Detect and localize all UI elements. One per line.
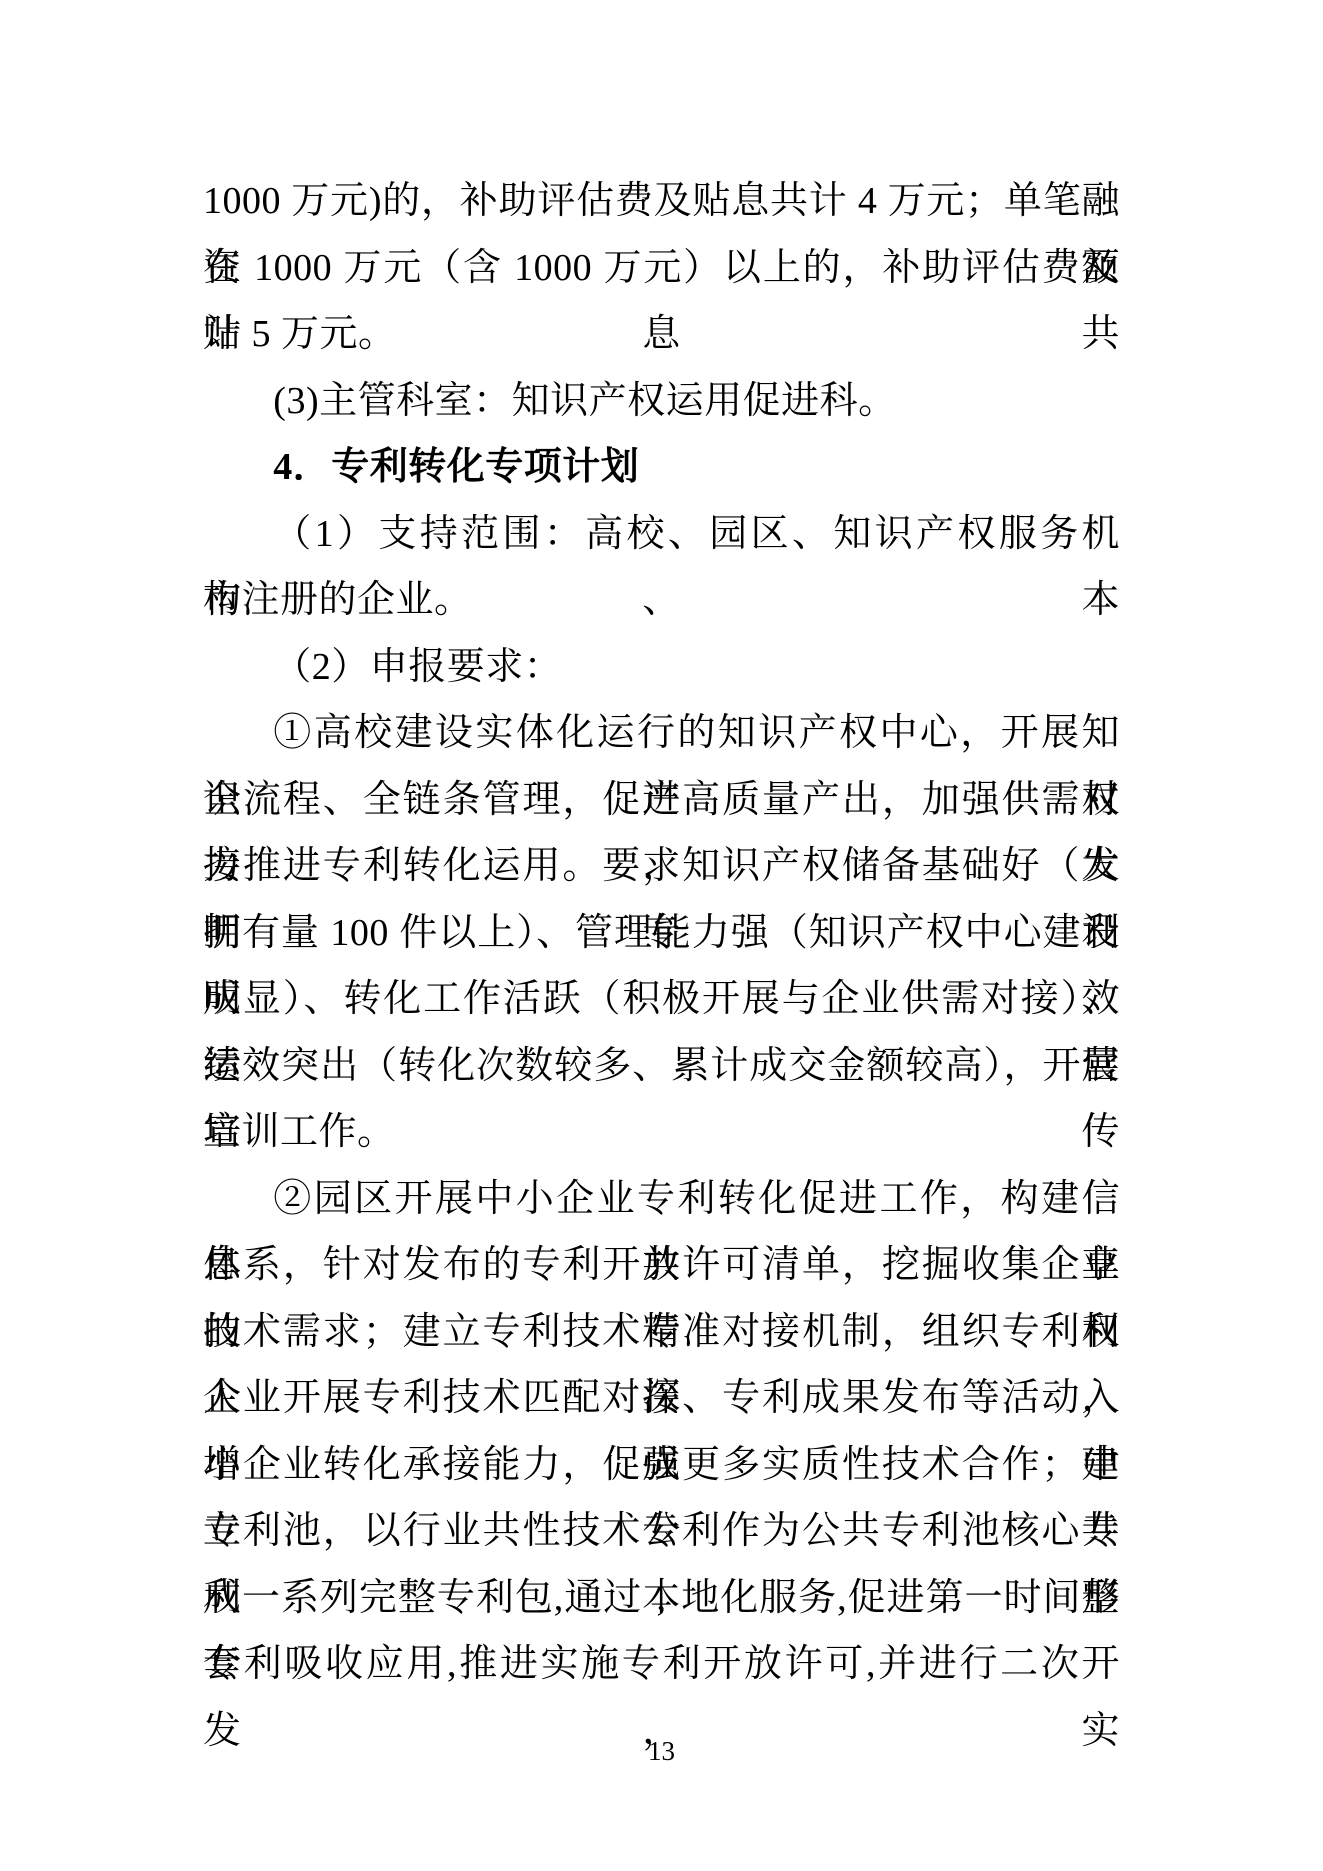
document-body: 1000 万元)的，补助评估费及贴息共计 4 万元；单笔融资额 在 1000 万…: [203, 168, 1120, 1698]
text-line: 体系，针对发布的专利开放许可清单，挖掘收集企业的专利: [203, 1232, 1120, 1299]
text-line: 在 1000 万元（含 1000 万元）以上的，补助评估费及贴息共: [203, 235, 1120, 302]
text-line: 成一系列完整专利包,通过本地化服务,促进第一时间整套: [203, 1565, 1120, 1632]
section-heading: 4．专利转化专项计划: [203, 434, 1120, 501]
text-line: 1000 万元)的，补助评估费及贴息共计 4 万元；单笔融资额: [203, 168, 1120, 235]
text-line: 力推进专利转化运用。要求知识产权储备基础好（发明专利: [203, 833, 1120, 900]
text-line: 技术需求；建立专利技术精准对接机制，组织专利权人深入: [203, 1299, 1120, 1366]
text-line: （2）申报要求：: [203, 634, 1120, 701]
text-line: 全流程、全链条管理，促进高质量产出，加强供需对接，大: [203, 767, 1120, 834]
text-line: 专利池，以行业共性技术专利作为公共专利池核心专利,形: [203, 1498, 1120, 1565]
text-line: （1）支持范围：高校、园区、知识产权服务机构、本: [203, 501, 1120, 568]
document-page: 1000 万元)的，补助评估费及贴息共计 4 万元；单笔融资额 在 1000 万…: [0, 0, 1323, 1871]
text-line: 明显）、转化工作活跃（积极开展与企业供需对接）、运营: [203, 966, 1120, 1033]
text-line: 绩效突出（转化次数较多、累计成交金额较高），开展宣传: [203, 1033, 1120, 1100]
text-line: 企业开展专利技术匹配对接、专利成果发布等活动，增强中: [203, 1365, 1120, 1432]
text-line: ②园区开展中小企业专利转化促进工作，构建信息共享: [203, 1166, 1120, 1233]
text-line: 小企业转化承接能力，促成更多实质性技术合作；建立公共: [203, 1432, 1120, 1499]
text-line: ①高校建设实体化运行的知识产权中心，开展知识产权: [203, 700, 1120, 767]
text-line: 拥有量 100 件以上）、管理能力强（知识产权中心建设成效: [203, 900, 1120, 967]
page-number: 13: [0, 1735, 1323, 1767]
text-line: 专利吸收应用,推进实施专利开放许可,并进行二次开发，实: [203, 1631, 1120, 1698]
text-line: (3)主管科室：知识产权运用促进科。: [203, 368, 1120, 435]
